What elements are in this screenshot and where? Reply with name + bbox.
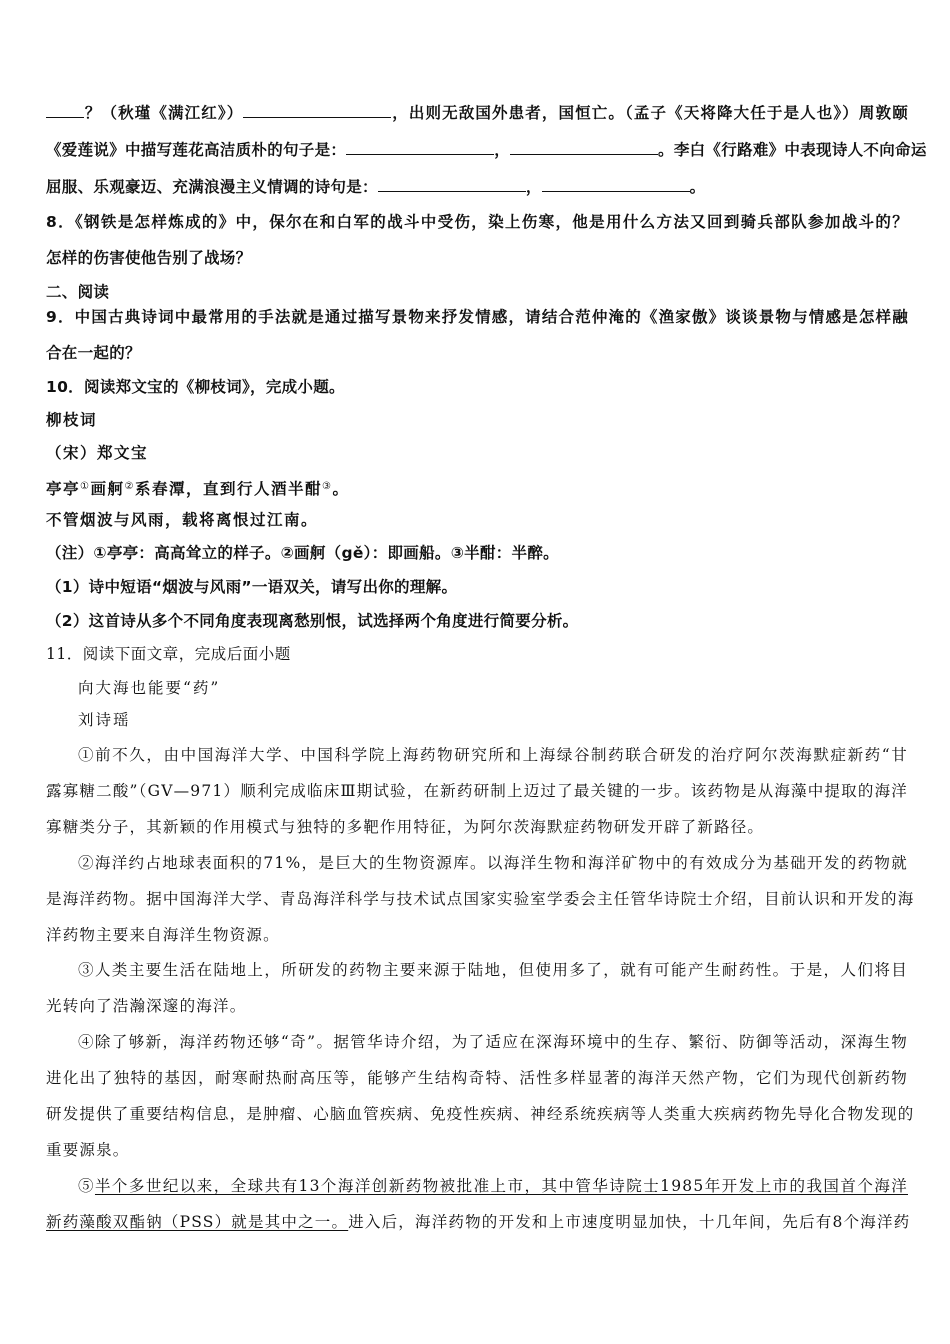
- question-10-sub-1: （1）诗中短语“烟波与风雨”一语双关，请写出你的理解。: [46, 577, 457, 597]
- poem-line-2: 不管烟波与风雨，载将离恨过江南。: [46, 510, 318, 530]
- comma: ，: [526, 178, 542, 196]
- poem-text: 亭亭: [46, 479, 80, 498]
- poem-text: 。: [332, 479, 349, 498]
- paragraph-4-line-1: ④除了够新，海洋药物还够“奇”。据管华诗介绍，为了适应在深海环境中的生存、繁衍、…: [78, 1032, 908, 1052]
- article-author: 刘诗瑶: [78, 710, 131, 730]
- footnote-marker-1: ①: [80, 481, 90, 492]
- fill-in-text: ？（秋瑾《满江红》）: [84, 104, 243, 122]
- paragraph-3-line-1: ③人类主要生活在陆地上，所研发的药物主要来源于陆地，但使用多了，就有可能产生耐药…: [78, 960, 908, 980]
- paragraph-4-line-2: 进化出了独特的基因，耐寒耐热耐高压等，能够产生结构奇特、活性多样显著的海洋天然产…: [46, 1068, 908, 1088]
- poem-title: 柳枝词: [46, 410, 97, 430]
- question-10-prompt: 10．阅读郑文宝的《柳枝词》，完成小题。: [46, 377, 345, 397]
- paragraph-4-line-3: 研发提供了重要结构信息，是肿瘤、心脑血管疾病、免疫性疾病、神经系统疾病等人类重大…: [46, 1104, 908, 1124]
- comma: ，: [494, 141, 510, 159]
- question-8-line-1: 8．《钢铁是怎样炼成的》中，保尔在和白军的战斗中受伤，染上伤寒，他是用什么方法又…: [46, 212, 908, 232]
- fill-in-text: 《爱莲说》中描写莲花高洁质朴的句子是：: [46, 141, 346, 159]
- section-heading-reading: 二、阅读: [46, 282, 109, 302]
- paragraph-number: ⑤: [78, 1177, 95, 1195]
- underlined-sentence: 半个多世纪以来，全球共有13个海洋创新药物被批准上市，其中管华诗院士1985年开…: [95, 1177, 908, 1195]
- paragraph-2-line-1: ②海洋约占地球表面积的71%，是巨大的生物资源库。以海洋生物和海洋矿物中的有效成…: [78, 853, 908, 873]
- question-9-line-2: 合在一起的？: [46, 343, 141, 363]
- paragraph-2-line-2: 是海洋药物。据中国海洋大学、青岛海洋科学与技术试点国家实验室学委会主任管华诗院士…: [46, 889, 908, 909]
- paragraph-1-line-3: 寡糖类分子，其新颖的作用模式与独特的多靶作用特征，为阿尔茨海默症药物研发开辟了新…: [46, 817, 764, 837]
- footnote-marker-3: ③: [322, 481, 332, 492]
- poem-text: 系春潭，直到行人酒半酣: [135, 479, 322, 498]
- paragraph-1-line-2: 露寡糖二酸”（GV—971）顺利完成临床Ⅲ期试验，在新药研制上迈过了最关键的一步…: [46, 781, 908, 801]
- question-8-line-2: 怎样的伤害使他告别了战场？: [46, 248, 251, 268]
- answer-blank[interactable]: [542, 177, 690, 192]
- underlined-sentence: 新药藻酸双酯钠（PSS）就是其中之一。: [46, 1213, 348, 1231]
- poem-author: （宋）郑文宝: [46, 443, 148, 463]
- answer-blank[interactable]: [378, 177, 526, 192]
- answer-blank[interactable]: [46, 103, 84, 118]
- paragraph-1-line-1: ①前不久，由中国海洋大学、中国科学院上海药物研究所和上海绿谷制药联合研发的治疗阿…: [78, 745, 908, 765]
- fill-in-line-2: 《爱莲说》中描写莲花高洁质朴的句子是：，。李白《行路难》中表现诗人不向命运: [46, 140, 908, 160]
- exam-page: ？（秋瑾《满江红》），出则无敌国外患者，国恒亡。（孟子《天将降大任于是人也》）周…: [0, 0, 950, 1344]
- answer-blank[interactable]: [510, 140, 658, 155]
- question-9-line-1: 9．中国古典诗词中最常用的手法就是通过描写景物来抒发情感，请结合范仲淹的《渔家傲…: [46, 307, 908, 327]
- fill-in-line-1: ？（秋瑾《满江红》），出则无敌国外患者，国恒亡。（孟子《天将降大任于是人也》）周…: [46, 103, 908, 123]
- poem-footnote: （注）①亭亭：高高耸立的样子。②画舸（gě）：即画船。③半酣：半醉。: [46, 543, 559, 563]
- footnote-marker-2: ②: [125, 481, 135, 492]
- fill-in-line-3: 屈服、乐观豪迈、充满浪漫主义情调的诗句是：，。: [46, 177, 705, 197]
- fill-in-text: ，出则无敌国外患者，国恒亡。（孟子《天将降大任于是人也》）周敦颐: [391, 104, 908, 122]
- fill-in-text: 。李白《行路难》中表现诗人不向命运: [658, 141, 927, 159]
- answer-blank[interactable]: [243, 103, 391, 118]
- poem-text: 画舸: [90, 479, 124, 498]
- question-10-sub-2: （2）这首诗从多个不同角度表现离愁别恨，试选择两个角度进行简要分析。: [46, 611, 579, 631]
- paragraph-4-line-4: 重要源泉。: [46, 1140, 130, 1160]
- paragraph-5-line-1: ⑤半个多世纪以来，全球共有13个海洋创新药物被批准上市，其中管华诗院士1985年…: [78, 1176, 908, 1196]
- question-11-prompt: 11．阅读下面文章，完成后面小题: [46, 644, 291, 664]
- fill-in-text: 屈服、乐观豪迈、充满浪漫主义情调的诗句是：: [46, 178, 378, 196]
- paragraph-5-line-2: 新药藻酸双酯钠（PSS）就是其中之一。进入后，海洋药物的开发和上市速度明显加快，…: [46, 1212, 908, 1232]
- paragraph-text: 进入后，海洋药物的开发和上市速度明显加快，十几年间，先后有8个海洋药: [348, 1213, 910, 1231]
- period: 。: [690, 178, 706, 196]
- poem-line-1: 亭亭①画舸②系春潭，直到行人酒半酣③。: [46, 477, 349, 499]
- article-title: 向大海也能要“药”: [78, 678, 220, 698]
- paragraph-3-line-2: 光转向了浩瀚深邃的海洋。: [46, 996, 246, 1016]
- answer-blank[interactable]: [346, 140, 494, 155]
- paragraph-2-line-3: 洋药物主要来自海洋生物资源。: [46, 925, 280, 945]
